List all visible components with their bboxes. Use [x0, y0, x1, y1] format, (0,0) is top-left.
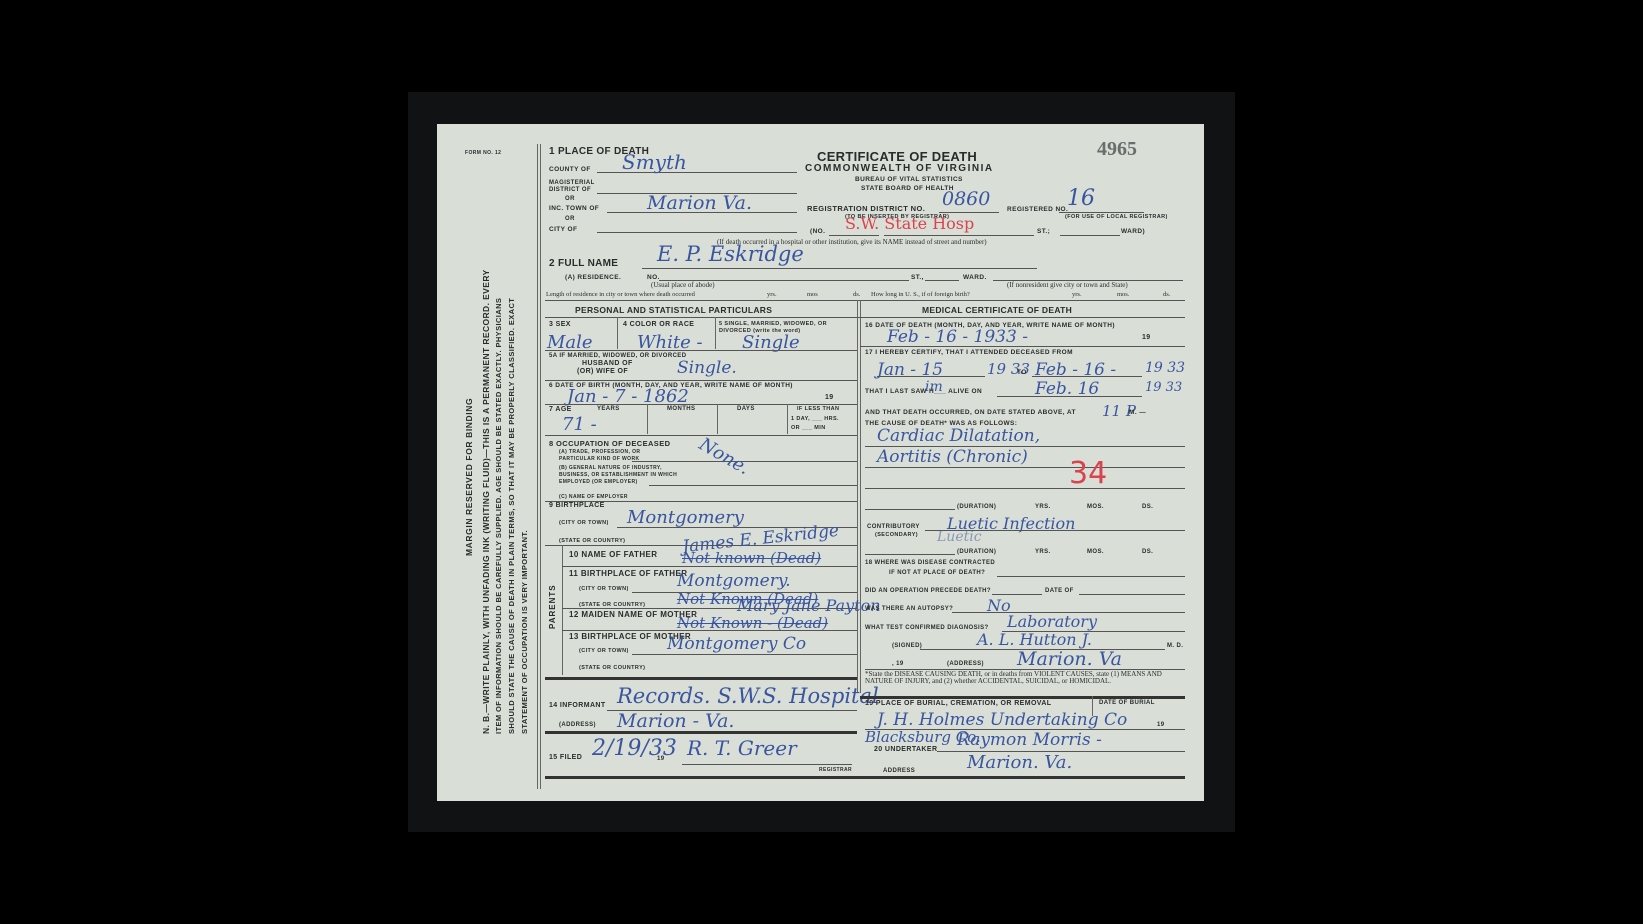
attended-to-year: 19 33 — [1145, 360, 1185, 376]
coding-number: 34 — [1069, 456, 1107, 491]
full-name-label: 2 FULL NAME — [549, 258, 618, 269]
parents-label: PARENTS — [548, 584, 557, 629]
burial-place-value: J. H. Holmes Undertaking Co — [877, 710, 1127, 730]
form-number: FORM NO. 12 — [465, 150, 501, 156]
cause-line-1: Cardiac Dilatation, — [877, 426, 1040, 446]
informant-value: Records. S.W.S. Hospital — [617, 684, 879, 708]
death-certificate: FORM NO. 12 MARGIN RESERVED FOR BINDING … — [437, 124, 1204, 801]
medical-heading: MEDICAL CERTIFICATE OF DEATH — [922, 305, 1072, 315]
town-value: Marion Va. — [647, 192, 752, 214]
registered-no-value: 16 — [1067, 186, 1095, 211]
margin-instruction-3: SHOULD STATE THE CAUSE OF DEATH IN PLAIN… — [507, 298, 516, 734]
certificate-number: 4965 — [1097, 138, 1137, 161]
contributory-secondary-value: Luetic — [937, 529, 982, 545]
city-label: CITY OF — [549, 226, 577, 233]
county-value: Smyth — [622, 150, 687, 174]
personal-heading: PERSONAL AND STATISTICAL PARTICULARS — [575, 305, 772, 315]
column-divider — [857, 300, 858, 693]
physician-address-value: Marion. Va — [1017, 648, 1122, 670]
certificate-title: CERTIFICATE OF DEATH — [817, 149, 977, 164]
informant-address-value: Marion - Va. — [617, 710, 734, 732]
birthplace-value: Montgomery — [627, 507, 744, 528]
attended-to-value: Feb - 16 - — [1035, 360, 1116, 380]
father-birthplace-value: Montgomery. — [677, 571, 791, 591]
institution-value: S.W. State Hosp — [845, 214, 974, 233]
father-struck-value: Not known (Dead) — [682, 549, 821, 567]
cause-line-2: Aortitis (Chronic) — [877, 447, 1028, 467]
spouse-value: Single. — [677, 358, 737, 378]
margin-divider — [537, 144, 538, 789]
registrar-signature: R. T. Greer — [687, 736, 797, 760]
margin-instruction-2: ITEM OF INFORMATION SHOULD BE CAREFULLY … — [494, 298, 503, 734]
occupation-value: None. — [695, 434, 753, 479]
binding-margin-note: MARGIN RESERVED FOR BINDING — [464, 398, 474, 556]
county-label: COUNTY OF — [549, 166, 591, 173]
undertaker-value: Raymon Morris - — [957, 730, 1102, 750]
reg-district-value: 0860 — [942, 188, 990, 210]
cause-footnote: *State the DISEASE CAUSING DEATH, or in … — [865, 671, 1185, 685]
undertaker-address-value: Marion. Va. — [967, 752, 1072, 773]
margin-divider-2 — [540, 144, 541, 789]
commonwealth-title: COMMONWEALTH OF VIRGINIA — [805, 163, 994, 174]
test-value: Laboratory — [1007, 612, 1097, 631]
reg-district-label: REGISTRATION DISTRICT NO. — [807, 204, 925, 213]
attended-from-value: Jan - 15 — [877, 360, 943, 380]
physician-signature: A. L. Hutton J. — [977, 630, 1092, 649]
date-of-death-value: Feb - 16 - 1933 - — [887, 327, 1028, 347]
age-value: 71 - — [562, 414, 597, 435]
margin-instruction-1: N. B.—WRITE PLAINLY, WITH UNFADING INK (… — [481, 269, 491, 734]
full-name-value: E. P. Eskridge — [657, 242, 804, 266]
last-saw-pronoun: im — [925, 379, 943, 395]
margin-instruction-4: STATEMENT OF OCCUPATION IS VERY IMPORTAN… — [520, 530, 529, 734]
town-label: INC. TOWN OF — [549, 205, 599, 212]
mother-birthplace-value: Montgomery Co — [667, 634, 806, 654]
mother-name-value: Mary Jane Payton — [737, 596, 881, 615]
